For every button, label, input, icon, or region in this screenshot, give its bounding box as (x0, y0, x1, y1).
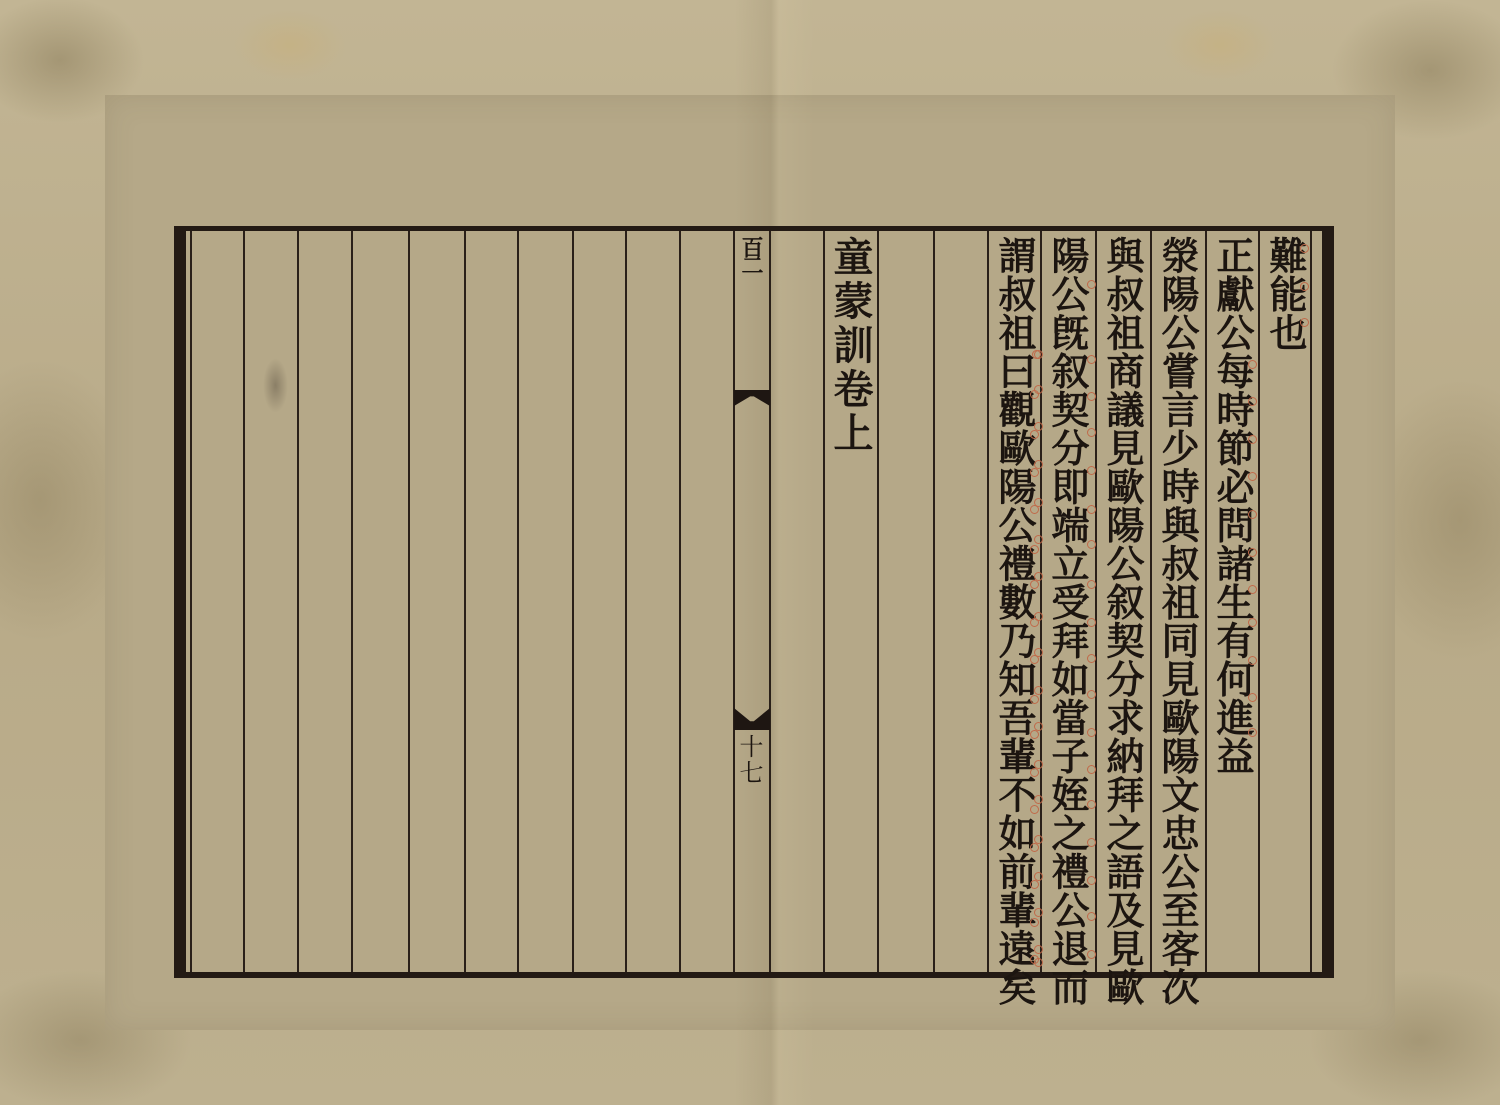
punctuation-mark (1300, 282, 1309, 291)
punctuation-mark (1248, 585, 1257, 594)
punctuation-mark (1087, 505, 1096, 514)
column-rule (517, 231, 519, 972)
punctuation-mark (1087, 540, 1096, 549)
punctuation-mark (1030, 880, 1039, 889)
column-rule (243, 231, 245, 972)
punctuation-mark (1087, 800, 1096, 809)
punctuation-mark (1034, 686, 1043, 695)
banxin-right-rule (769, 231, 771, 972)
punctuation-mark (1087, 876, 1096, 885)
punctuation-mark (1030, 843, 1039, 852)
column-rule (190, 231, 192, 972)
column-rule (464, 231, 466, 972)
punctuation-mark (1087, 690, 1096, 699)
column-rule (408, 231, 410, 972)
punctuation-mark (1030, 695, 1039, 704)
punctuation-mark (1300, 318, 1309, 327)
punctuation-mark (1087, 838, 1096, 847)
punctuation-mark (1248, 397, 1257, 406)
punctuation-mark (1030, 618, 1039, 627)
punctuation-mark (1030, 918, 1039, 927)
chapter-title-column: 童蒙訓卷上 (826, 236, 876, 456)
punctuation-mark (1248, 728, 1257, 737)
punctuation-mark (1034, 795, 1043, 804)
column-rule (679, 231, 681, 972)
punctuation-mark (1087, 466, 1096, 475)
punctuation-mark (1087, 950, 1096, 959)
punctuation-mark (1034, 908, 1043, 917)
banxin-page-number: 十七 (737, 734, 767, 786)
column-rule (297, 231, 299, 972)
punctuation-mark (1030, 768, 1039, 777)
punctuation-mark (1248, 618, 1257, 627)
punctuation-mark (1087, 654, 1096, 663)
ink-bleed-stain (263, 358, 288, 413)
punctuation-mark (1087, 392, 1096, 401)
column-rule (933, 231, 935, 972)
text-column-5: 陽公旣叙契分即端立受拜如當子姪之禮公退而 (1041, 236, 1093, 1006)
punctuation-mark (1034, 945, 1043, 954)
punctuation-mark (1087, 912, 1096, 921)
banxin-left-rule (733, 231, 735, 972)
punctuation-mark (1030, 430, 1039, 439)
column-rule (572, 231, 574, 972)
punctuation-mark (1248, 435, 1257, 444)
punctuation-mark (1030, 390, 1039, 399)
punctuation-mark (1248, 472, 1257, 481)
column-rule (351, 231, 353, 972)
punctuation-mark (1248, 360, 1257, 369)
column-rule (625, 231, 627, 972)
punctuation-mark (1248, 693, 1257, 702)
punctuation-mark (1087, 765, 1096, 774)
punctuation-mark (1248, 510, 1257, 519)
punctuation-mark (1032, 350, 1041, 359)
punctuation-mark (1030, 730, 1039, 739)
banxin-character-count: 百二 (737, 236, 767, 272)
punctuation-mark (1087, 280, 1096, 289)
punctuation-mark (1030, 545, 1039, 554)
punctuation-mark (1300, 244, 1309, 253)
punctuation-mark (1030, 805, 1039, 814)
punctuation-mark (1087, 580, 1096, 589)
punctuation-mark (1034, 535, 1043, 544)
punctuation-mark (1087, 355, 1096, 364)
punctuation-mark (1248, 548, 1257, 557)
punctuation-mark (1087, 618, 1096, 627)
punctuation-mark (1030, 580, 1039, 589)
punctuation-mark (1030, 468, 1039, 477)
column-rule (877, 231, 879, 972)
punctuation-mark (1087, 428, 1096, 437)
punctuation-mark (1030, 955, 1039, 964)
text-column-4: 與叔祖商議見歐陽公叙契分求納拜之語及見歐 (1096, 236, 1148, 1006)
punctuation-mark (1030, 655, 1039, 664)
punctuation-mark (1087, 728, 1096, 737)
punctuation-mark (1248, 656, 1257, 665)
punctuation-mark (1030, 505, 1039, 514)
text-column-1: 難能也 (1259, 236, 1311, 352)
text-column-3: 滎陽公嘗言少時與叔祖同見歐陽文忠公至客次 (1151, 236, 1203, 1006)
